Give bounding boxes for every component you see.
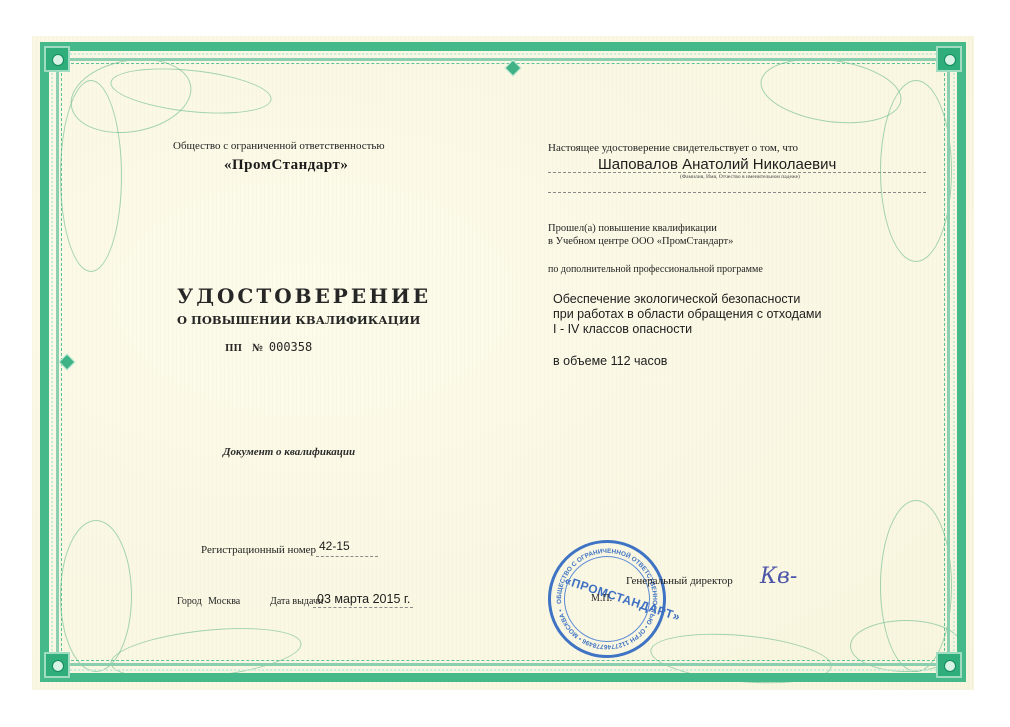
certificate-number: ПП№000358 <box>225 340 312 354</box>
issue-date-value: 03 марта 2015 г. <box>317 592 410 606</box>
name-underline-2 <box>548 192 926 193</box>
corner-ornament-icon <box>936 46 962 72</box>
seal-place-label: М.П. <box>591 593 612 604</box>
director-position: Генеральный директор <box>626 575 733 587</box>
issuer-org-name: «ПромСтандарт» <box>224 157 348 174</box>
city-value: Москва <box>208 596 240 607</box>
issue-date-label: Дата выдачи <box>270 596 323 607</box>
document-type: Документ о квалификации <box>223 446 355 458</box>
certificate-title: УДОСТОВЕРЕНИЕ <box>177 284 431 308</box>
holder-full-name: Шаповалов Анатолий Николаевич <box>598 156 836 173</box>
certificate-subtitle: О ПОВЫШЕНИИ КВАЛИФИКАЦИИ <box>177 313 420 327</box>
training-volume: в объеме 112 часов <box>553 354 667 369</box>
number-sign: № <box>252 343 263 354</box>
corner-ornament-icon <box>936 652 962 678</box>
program-label: по дополнительной профессиональной прогр… <box>548 264 763 275</box>
number-value: 000358 <box>269 340 312 354</box>
training-line-2: в Учебном центре ООО «ПромСтандарт» <box>548 236 733 247</box>
corner-ornament-icon <box>44 652 70 678</box>
training-line-1: Прошел(а) повышение квалификации <box>548 223 717 234</box>
corner-ornament-icon <box>44 46 70 72</box>
issuer-org-form: Общество с ограниченной ответственностью <box>173 140 385 152</box>
series-prefix: ПП <box>225 344 242 354</box>
name-underline <box>548 172 926 173</box>
city-label: Город <box>177 596 202 607</box>
name-caption: (Фамилия, Имя, Отчество в именительном п… <box>680 174 800 180</box>
program-line-2: при работах в области обращения с отхода… <box>553 307 822 322</box>
registration-label: Регистрационный номер <box>201 544 316 556</box>
issue-date-underline <box>313 607 413 608</box>
program-line-1: Обеспечение экологической безопасности <box>553 292 800 307</box>
registration-underline <box>316 556 378 557</box>
director-signature: Кв- <box>760 564 797 589</box>
registration-value: 42-15 <box>319 539 350 553</box>
holder-intro: Настоящее удостоверение свидетельствует … <box>548 142 798 154</box>
program-line-3: I - IV классов опасности <box>553 322 692 337</box>
